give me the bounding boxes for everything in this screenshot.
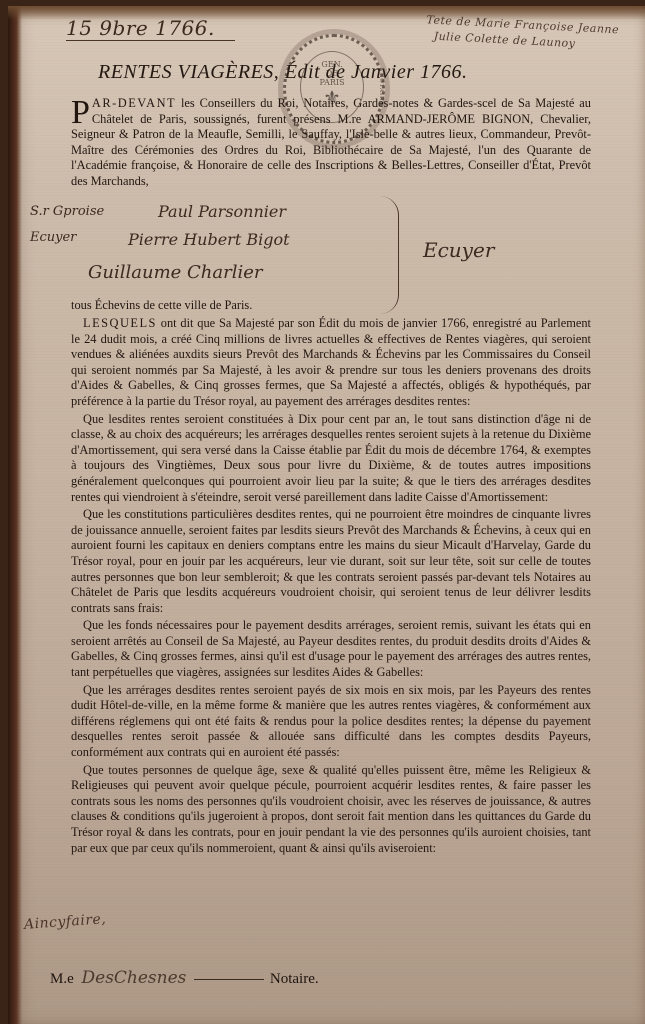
handwritten-date: 15 9bre 1766. — [66, 16, 235, 41]
signatory-title: S.r Gproise — [30, 204, 104, 219]
signature-rule — [194, 979, 264, 980]
clause-text: Que toutes personnes de quelque âge, sex… — [71, 763, 591, 855]
clause-paragraph: Que les arrérages desdites rentes seroie… — [71, 683, 591, 761]
signatory-name: Paul Parsonnier — [158, 202, 286, 221]
signatory-title: Ecuyer — [30, 230, 76, 245]
clause-paragraph: Que lesdites rentes seroient constituées… — [71, 412, 591, 506]
notary-prefix: M.e — [50, 971, 74, 987]
echevins-line: tous Échevins de cette ville de Paris. — [71, 298, 252, 313]
notary-signature-line: M.e DesChesnes Notaire. — [50, 968, 319, 988]
opening-paragraph: PAR-DEVANT les Conseillers du Roi, Notai… — [71, 96, 591, 190]
signatory-name: Guillaume Charlier — [88, 262, 262, 283]
clause-paragraph: Que toutes personnes de quelque âge, sex… — [71, 763, 591, 857]
clause-lead-word: LESQUELS — [83, 316, 157, 330]
notary-signature: DesChesnes — [78, 968, 191, 988]
clause-text: Que les constitutions particulières desd… — [71, 507, 591, 615]
signatory-qualifier: Ecuyer — [423, 238, 494, 262]
drop-cap: P — [71, 99, 90, 127]
handwritten-margin-note: Aincyfaire, — [24, 911, 107, 933]
document-title: RENTES VIAGÈRES, Édit de Janvier 1766. — [98, 61, 467, 84]
clause-paragraph: Que les fonds nécessaires pour le payeme… — [71, 618, 591, 680]
document-page: 15 9bre 1766. Tete de Marie Françoise Je… — [8, 6, 645, 1024]
signatory-brace — [380, 196, 399, 314]
clause-paragraph: LESQUELS ont dit que Sa Majesté par son … — [71, 316, 591, 410]
main-clauses: LESQUELS ont dit que Sa Majesté par son … — [71, 316, 591, 856]
clause-text: Que lesdites rentes seroient constituées… — [71, 412, 591, 504]
handwritten-signatories-block: S.r Gproise Paul Parsonnier Ecuyer Pierr… — [28, 196, 548, 311]
clause-text: Que les fonds nécessaires pour le payeme… — [71, 618, 591, 679]
clause-paragraph: Que les constitutions particulières desd… — [71, 507, 591, 616]
notary-suffix: Notaire. — [270, 971, 319, 987]
clause-text: Que les arrérages desdites rentes seroie… — [71, 683, 591, 759]
page-edge-shadow — [8, 6, 22, 1024]
opening-lead-word: AR-DEVANT — [92, 96, 176, 110]
signatory-name: Pierre Hubert Bigot — [128, 230, 290, 249]
